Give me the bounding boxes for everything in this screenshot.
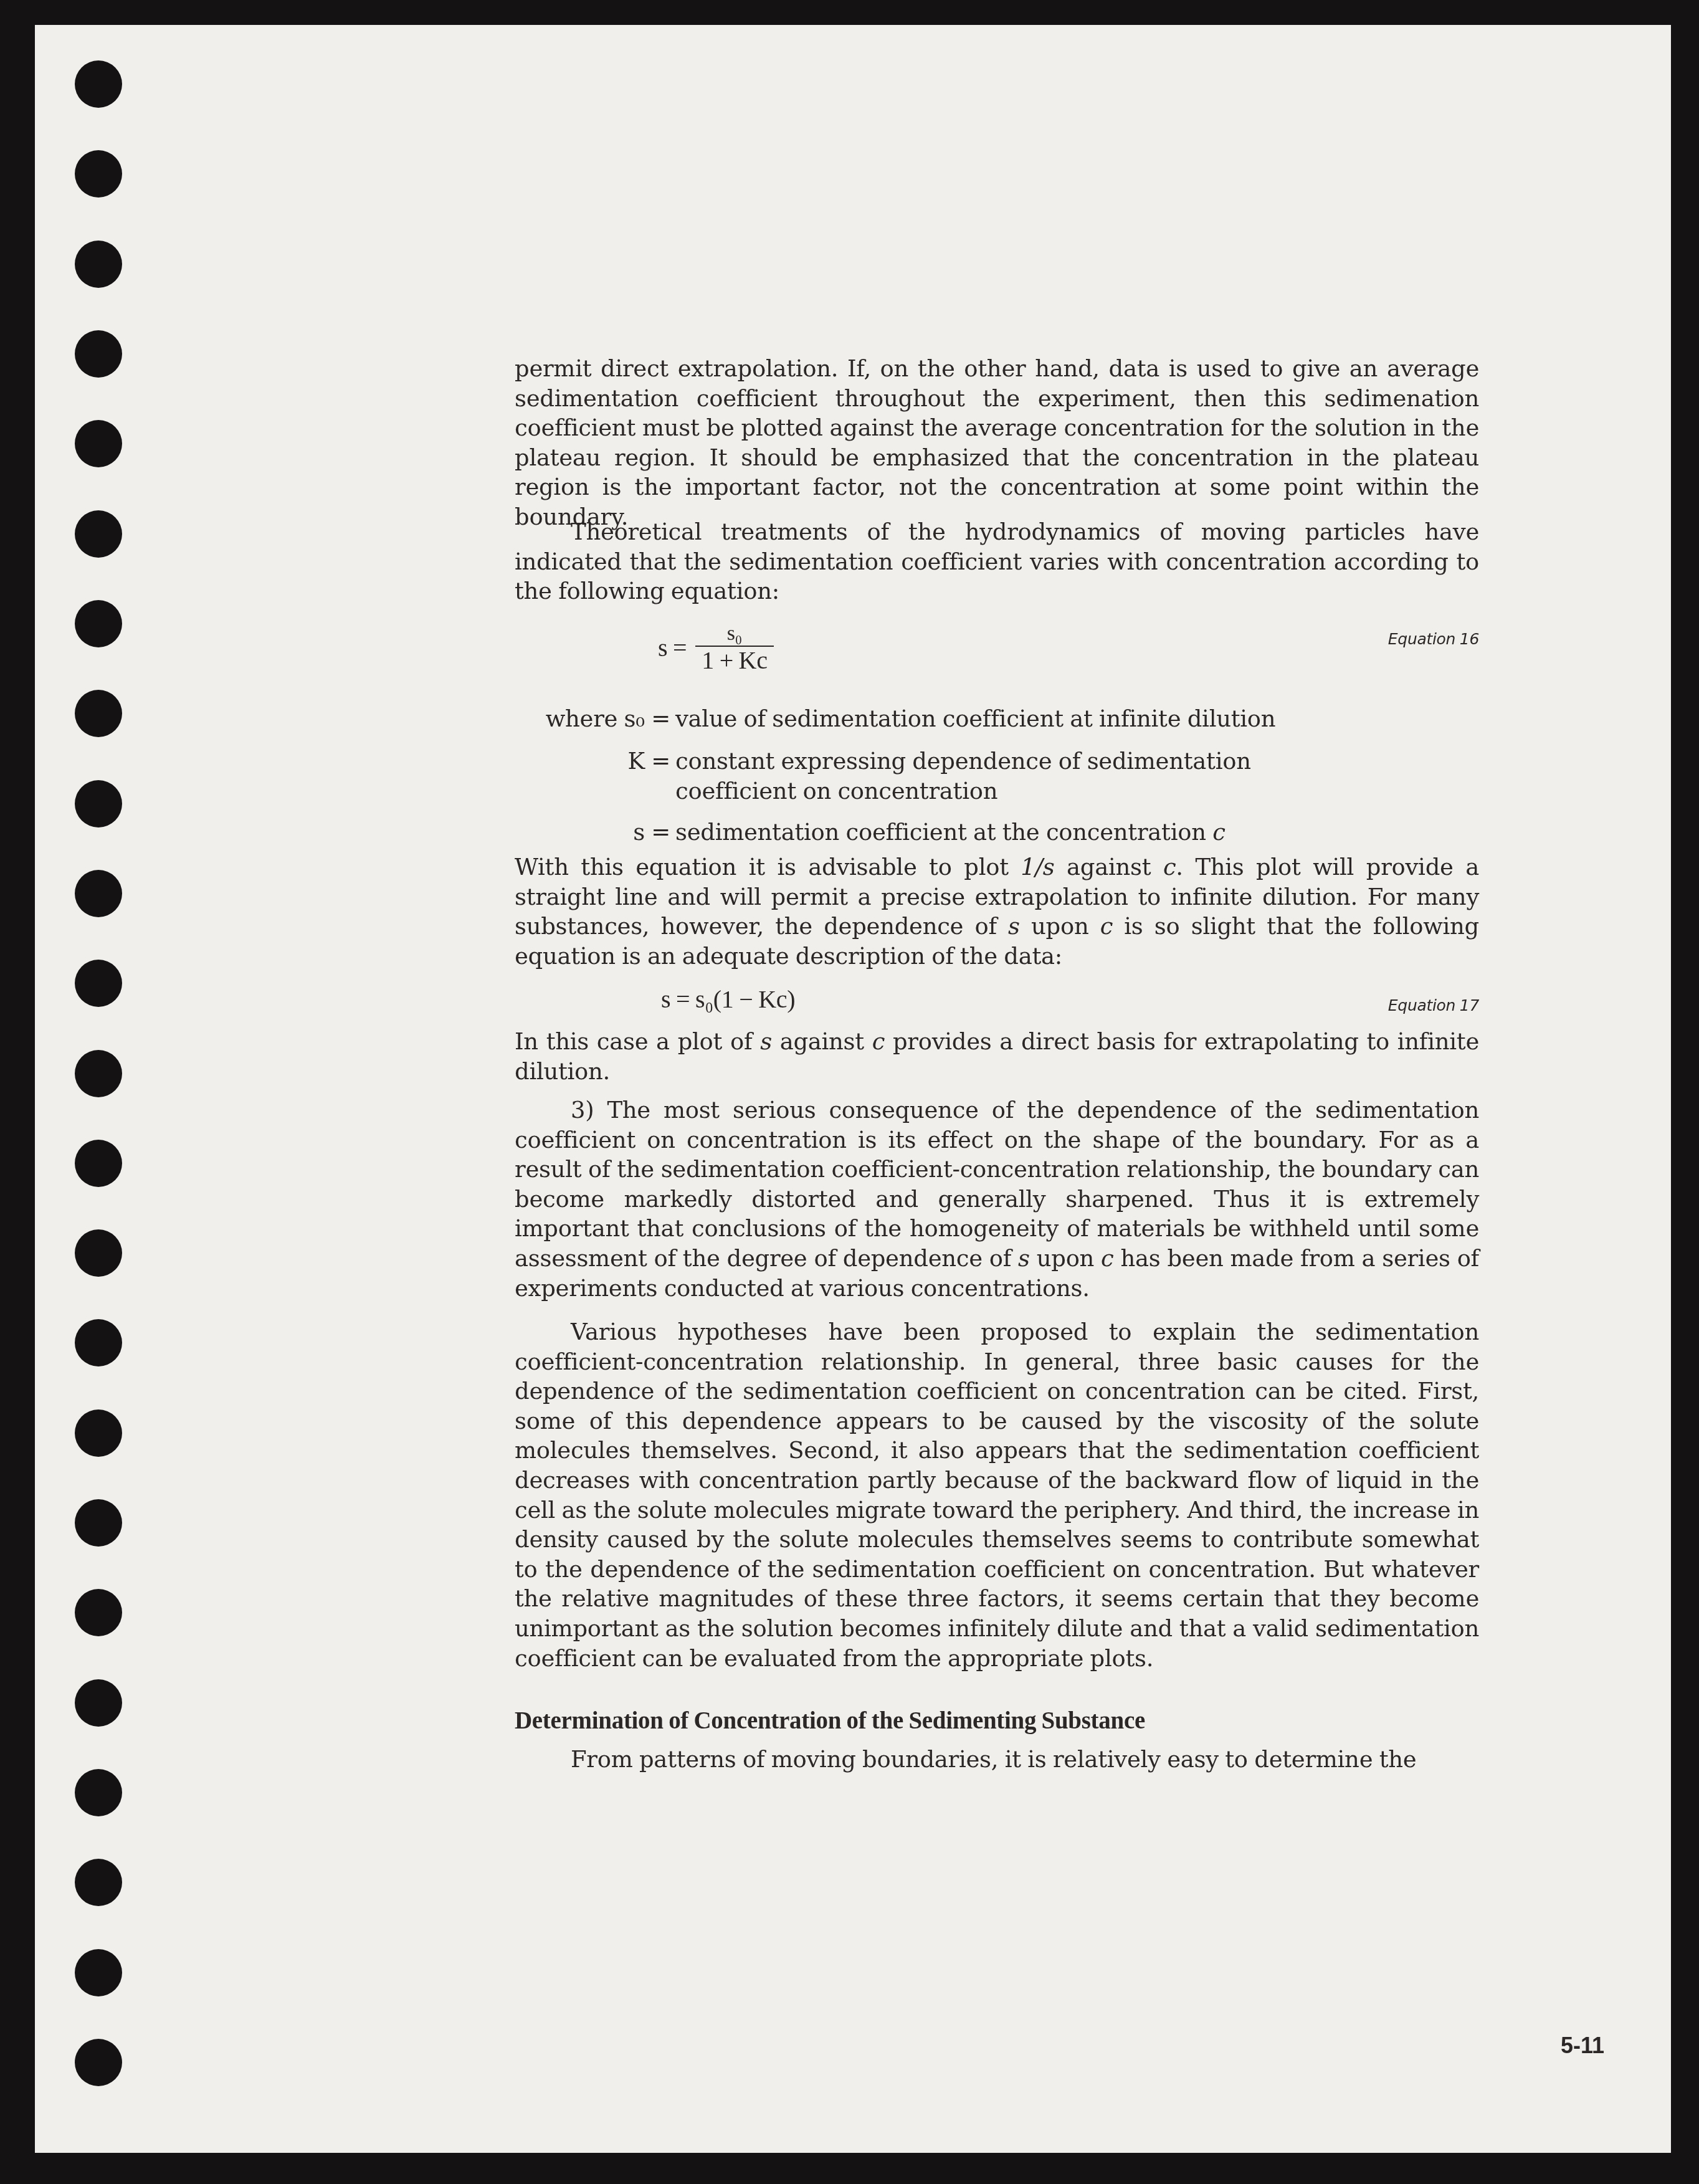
- equation-17-expression: s = s₀(1 − Kc): [661, 985, 795, 1014]
- definition-s: s = sedimentation coefficient at the con…: [515, 818, 1411, 847]
- punch-hole-icon: [75, 1140, 122, 1187]
- punch-hole-icon: [75, 2039, 122, 2086]
- paragraph-plot-advice: With this equation it is advisable to pl…: [515, 852, 1479, 971]
- punch-hole-icon: [75, 420, 122, 467]
- punch-hole-icon: [75, 600, 122, 647]
- definition-text: value of sedimentation coefficient at in…: [675, 704, 1411, 734]
- definition-text: sedimentation coefficient at the concent…: [675, 818, 1411, 847]
- document-page: permit direct extrapolation. If, on the …: [35, 25, 1671, 2153]
- definition-k: K = constant expressing dependence of se…: [515, 746, 1317, 806]
- paragraph-boundary-shape: 3) The most serious consequence of the d…: [515, 1095, 1479, 1303]
- paragraph-theoretical-treatments: Theoretical treatments of the hydrodynam…: [515, 517, 1479, 606]
- punch-hole-icon: [75, 1319, 122, 1366]
- paragraph-hypotheses: Various hypotheses have been proposed to…: [515, 1317, 1479, 1673]
- equation-16-denominator: 1 + Kc: [695, 646, 773, 674]
- punch-hole-icon: [75, 1499, 122, 1547]
- punch-hole-icon: [75, 1859, 122, 1906]
- punch-hole-icon: [75, 1229, 122, 1277]
- punch-hole-icon: [75, 60, 122, 108]
- equation-16-label: Equation 16: [1388, 624, 1479, 654]
- punch-hole-icon: [75, 510, 122, 558]
- definition-symbol: where s₀ =: [515, 704, 675, 734]
- equation-17-label: Equation 17: [1388, 991, 1479, 1021]
- punch-hole-icon: [75, 330, 122, 378]
- section-heading: Determination of Concentration of the Se…: [515, 1706, 1145, 1736]
- equation-16-lhs: s =: [658, 633, 687, 663]
- punch-hole-icon: [75, 690, 122, 737]
- paragraph-linear-case: In this case a plot of s against c provi…: [515, 1027, 1479, 1086]
- definition-symbol: s =: [515, 818, 675, 847]
- punch-hole-icon: [75, 1679, 122, 1727]
- punch-hole-icon: [75, 241, 122, 288]
- punch-hole-icon: [75, 960, 122, 1007]
- equation-16-expression: s = s₀ 1 + Kc: [658, 622, 774, 674]
- punch-hole-icon: [75, 1769, 122, 1816]
- definition-s0: where s₀ = value of sedimentation coeffi…: [515, 704, 1411, 734]
- punch-hole-icon: [75, 1949, 122, 1996]
- punch-hole-icon: [75, 1589, 122, 1636]
- punch-hole-icon: [75, 150, 122, 198]
- page-number: 5-11: [1561, 2033, 1604, 2059]
- equation-16-numerator: s₀: [715, 622, 755, 646]
- definition-symbol: K =: [515, 746, 675, 806]
- punch-hole-icon: [75, 1050, 122, 1097]
- paragraph-moving-boundaries: From patterns of moving boundaries, it i…: [515, 1745, 1479, 1775]
- punch-hole-icon: [75, 870, 122, 917]
- definition-text: constant expressing dependence of sedime…: [675, 746, 1317, 806]
- punch-hole-icon: [75, 1409, 122, 1457]
- equation-16-fraction: s₀ 1 + Kc: [695, 622, 773, 674]
- equation-16: s = s₀ 1 + Kc Equation 16: [515, 622, 1479, 684]
- punch-hole-icon: [75, 780, 122, 827]
- paragraph-extrapolation: permit direct extrapolation. If, on the …: [515, 354, 1479, 532]
